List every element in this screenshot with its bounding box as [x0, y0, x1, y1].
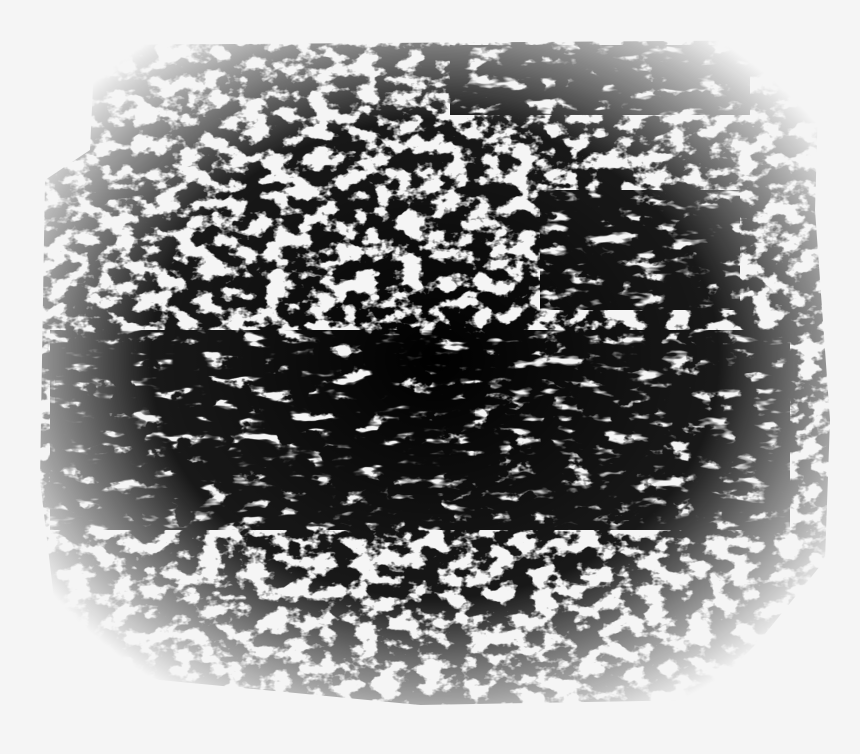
splatter-layer: [0, 0, 860, 754]
grunge-splatter-texture: [0, 0, 860, 754]
grunge-texture-canvas: [0, 0, 860, 754]
